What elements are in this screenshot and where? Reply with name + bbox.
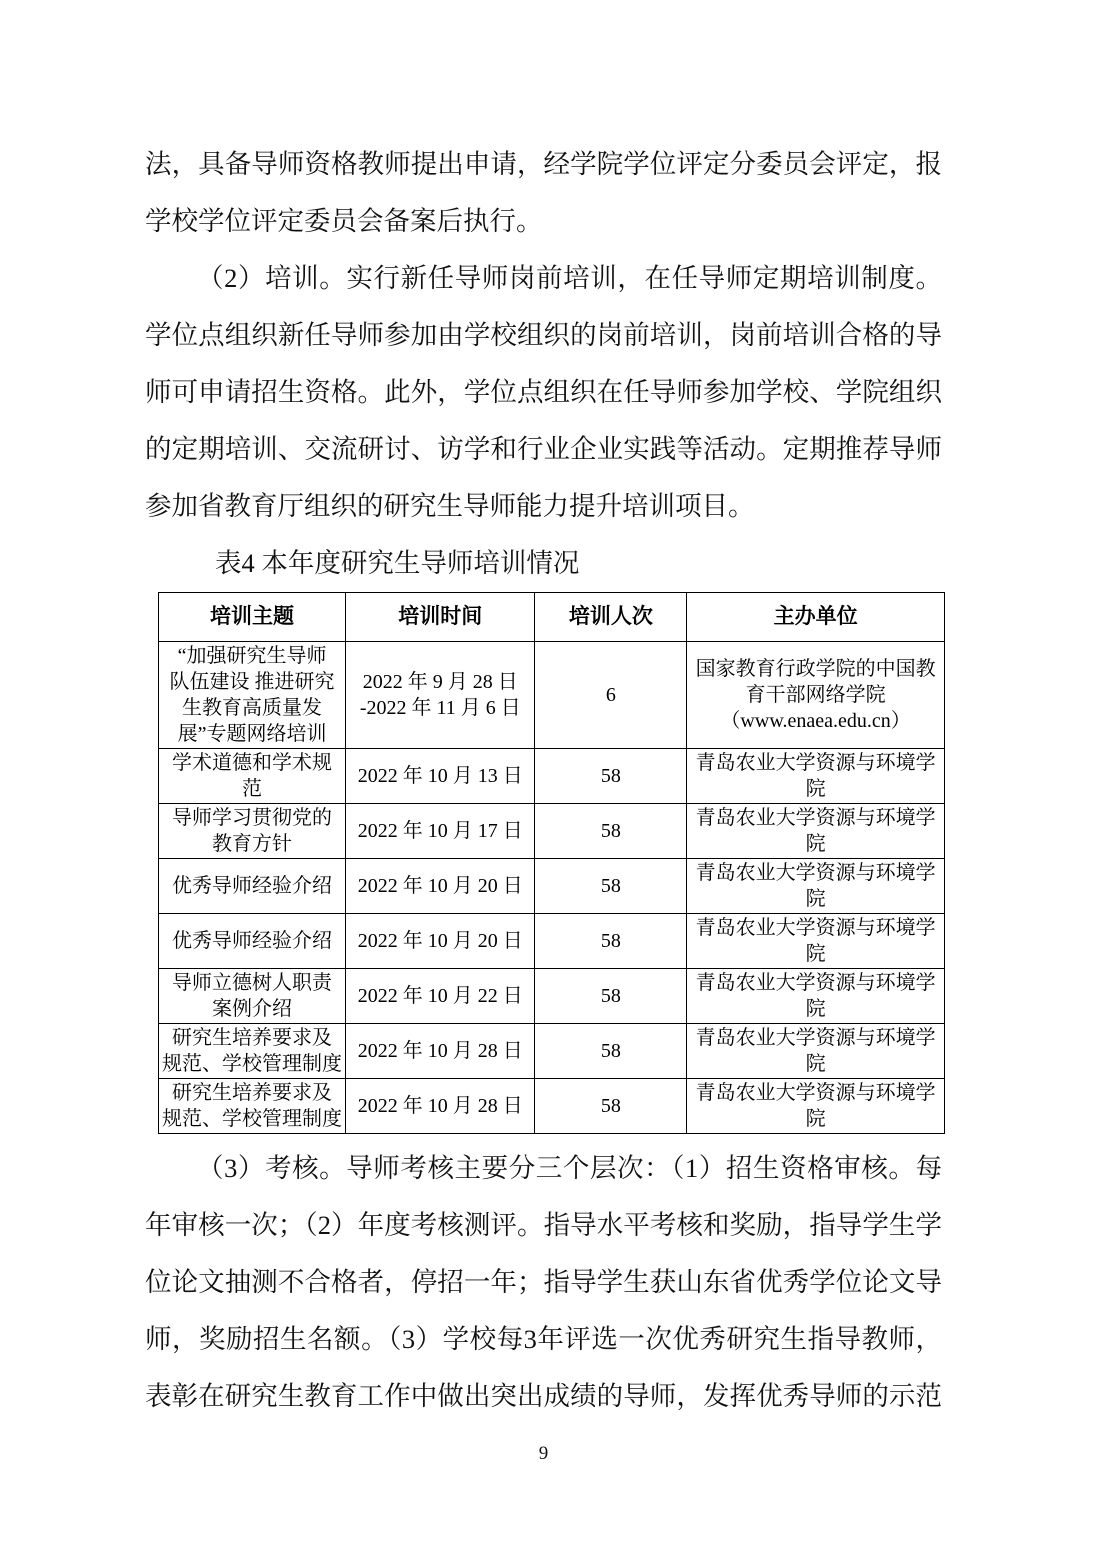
cell-topic: 优秀导师经验介绍 <box>159 859 346 914</box>
paragraphs-after-table: （3）考核。导师考核主要分三个层次：（1）招生资格审核。每年审核一次；（2）年度… <box>145 1140 942 1425</box>
training-table-body: “加强研究生导师 队伍建设 推进研究 生教育高质量发 展”专题网络培训2022 … <box>159 642 945 1134</box>
table-row: 学术道德和学术规 范2022 年 10 月 13 日58青岛农业大学资源与环境学… <box>159 749 945 804</box>
column-header: 培训时间 <box>346 593 535 642</box>
column-header: 培训主题 <box>159 593 346 642</box>
cell-organizer: 青岛农业大学资源与环境学 院 <box>687 1024 945 1079</box>
table-caption: 表4 本年度研究生导师培训情况 <box>145 535 942 592</box>
cell-time: 2022 年 10 月 17 日 <box>346 804 535 859</box>
cell-count: 58 <box>535 914 687 969</box>
text-line: 法，具备导师资格教师提出申请，经学院学位评定分委员会评定，报 <box>145 136 942 193</box>
table-row: 导师学习贯彻党的 教育方针2022 年 10 月 17 日58青岛农业大学资源与… <box>159 804 945 859</box>
text-line: 师，奖励招生名额。（3）学校每3年评选一次优秀研究生指导教师， <box>145 1311 942 1368</box>
text-line: 年审核一次；（2）年度考核测评。指导水平考核和奖励，指导学生学 <box>145 1197 942 1254</box>
cell-topic: 导师学习贯彻党的 教育方针 <box>159 804 346 859</box>
text-line: 参加省教育厅组织的研究生导师能力提升培训项目。 <box>145 478 942 535</box>
training-table: 培训主题培训时间培训人次主办单位 “加强研究生导师 队伍建设 推进研究 生教育高… <box>158 592 945 1134</box>
page-number: 9 <box>145 1441 942 1467</box>
cell-count: 58 <box>535 969 687 1024</box>
cell-topic: 研究生培养要求及 规范、学校管理制度 <box>159 1079 346 1134</box>
cell-time: 2022 年 10 月 20 日 <box>346 914 535 969</box>
text-line: 位论文抽测不合格者，停招一年；指导学生获山东省优秀学位论文导 <box>145 1254 942 1311</box>
column-header: 主办单位 <box>687 593 945 642</box>
cell-topic: “加强研究生导师 队伍建设 推进研究 生教育高质量发 展”专题网络培训 <box>159 642 346 749</box>
cell-count: 58 <box>535 859 687 914</box>
paragraph: 法，具备导师资格教师提出申请，经学院学位评定分委员会评定，报学校学位评定委员会备… <box>145 136 942 250</box>
cell-organizer: 青岛农业大学资源与环境学 院 <box>687 969 945 1024</box>
table-row: 优秀导师经验介绍2022 年 10 月 20 日58青岛农业大学资源与环境学 院 <box>159 914 945 969</box>
table-row: 优秀导师经验介绍2022 年 10 月 20 日58青岛农业大学资源与环境学 院 <box>159 859 945 914</box>
table-row: 导师立德树人职责 案例介绍2022 年 10 月 22 日58青岛农业大学资源与… <box>159 969 945 1024</box>
cell-organizer: 青岛农业大学资源与环境学 院 <box>687 804 945 859</box>
cell-time: 2022 年 10 月 28 日 <box>346 1079 535 1134</box>
cell-organizer: 青岛农业大学资源与环境学 院 <box>687 859 945 914</box>
text-line: 学位点组织新任导师参加由学校组织的岗前培训，岗前培训合格的导 <box>145 307 942 364</box>
text-line: （2）培训。实行新任导师岗前培训，在任导师定期培训制度。 <box>145 250 942 307</box>
cell-time: 2022 年 10 月 20 日 <box>346 859 535 914</box>
table-row: 研究生培养要求及 规范、学校管理制度2022 年 10 月 28 日58青岛农业… <box>159 1079 945 1134</box>
header-row: 培训主题培训时间培训人次主办单位 <box>159 593 945 642</box>
cell-time: 2022 年 10 月 22 日 <box>346 969 535 1024</box>
cell-time: 2022 年 9 月 28 日 -2022 年 11 月 6 日 <box>346 642 535 749</box>
text-line: 的定期培训、交流研讨、访学和行业企业实践等活动。定期推荐导师 <box>145 421 942 478</box>
cell-organizer: 国家教育行政学院的中国教 育干部网络学院 （www.enaea.edu.cn） <box>687 642 945 749</box>
text-line: （3）考核。导师考核主要分三个层次：（1）招生资格审核。每 <box>145 1140 942 1197</box>
cell-count: 6 <box>535 642 687 749</box>
training-table-header: 培训主题培训时间培训人次主办单位 <box>159 593 945 642</box>
text-line: 师可申请招生资格。此外，学位点组织在任导师参加学校、学院组织 <box>145 364 942 421</box>
column-header: 培训人次 <box>535 593 687 642</box>
cell-count: 58 <box>535 1024 687 1079</box>
text-line: 表彰在研究生教育工作中做出突出成绩的导师，发挥优秀导师的示范 <box>145 1368 942 1425</box>
cell-count: 58 <box>535 1079 687 1134</box>
cell-time: 2022 年 10 月 28 日 <box>346 1024 535 1079</box>
cell-topic: 优秀导师经验介绍 <box>159 914 346 969</box>
paragraph: （3）考核。导师考核主要分三个层次：（1）招生资格审核。每年审核一次；（2）年度… <box>145 1140 942 1425</box>
paragraphs-before-table: 法，具备导师资格教师提出申请，经学院学位评定分委员会评定，报学校学位评定委员会备… <box>145 136 942 535</box>
cell-count: 58 <box>535 804 687 859</box>
document-page: 法，具备导师资格教师提出申请，经学院学位评定分委员会评定，报学校学位评定委员会备… <box>0 0 1102 1559</box>
cell-topic: 研究生培养要求及 规范、学校管理制度 <box>159 1024 346 1079</box>
cell-organizer: 青岛农业大学资源与环境学 院 <box>687 1079 945 1134</box>
cell-count: 58 <box>535 749 687 804</box>
page-content: 法，具备导师资格教师提出申请，经学院学位评定分委员会评定，报学校学位评定委员会备… <box>145 136 942 1467</box>
cell-organizer: 青岛农业大学资源与环境学 院 <box>687 914 945 969</box>
text-line: 学校学位评定委员会备案后执行。 <box>145 193 942 250</box>
paragraph: （2）培训。实行新任导师岗前培训，在任导师定期培训制度。学位点组织新任导师参加由… <box>145 250 942 535</box>
table-row: 研究生培养要求及 规范、学校管理制度2022 年 10 月 28 日58青岛农业… <box>159 1024 945 1079</box>
cell-topic: 导师立德树人职责 案例介绍 <box>159 969 346 1024</box>
cell-time: 2022 年 10 月 13 日 <box>346 749 535 804</box>
cell-organizer: 青岛农业大学资源与环境学 院 <box>687 749 945 804</box>
table-row: “加强研究生导师 队伍建设 推进研究 生教育高质量发 展”专题网络培训2022 … <box>159 642 945 749</box>
cell-topic: 学术道德和学术规 范 <box>159 749 346 804</box>
